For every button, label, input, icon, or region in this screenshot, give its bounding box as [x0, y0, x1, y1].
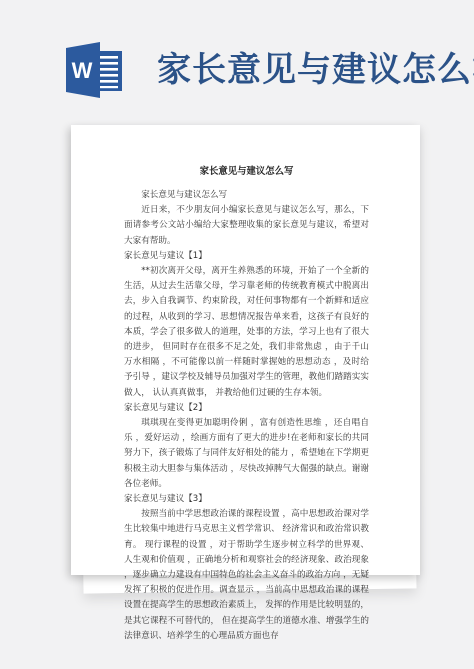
svg-text:W: W: [72, 58, 93, 83]
document-title: 家长意见与建议怎么写: [157, 50, 474, 90]
page-heading: 家长意见与建议怎么写: [124, 165, 369, 179]
section-body-1: **初次离开父母，离开生养熟悉的环境，开始了一个全新的生活，从过去生活靠父母，学…: [124, 264, 369, 401]
section-title-2: 家长意见与建议【2】: [124, 401, 369, 416]
document-body: 家长意见与建议怎么写 家长意见与建议怎么写 近日来，不少朋友问小编家长意见与建议…: [124, 165, 369, 644]
banner: W 家长意见与建议怎么写: [0, 0, 474, 130]
intro-paragraph: 近日来，不少朋友问小编家长意见与建议怎么写，那么，下面请参考公文站小编给大家整理…: [124, 203, 369, 249]
section-title-3: 家长意见与建议【3】: [124, 492, 369, 507]
section-body-2: 琪琪现在变得更加聪明伶俐 ，富有创造性思维 ，还自唱自乐 ，爱好运动 ，绘画方面…: [124, 416, 369, 492]
section-title-1: 家长意见与建议【1】: [124, 249, 369, 264]
section-body-3: 按照当前中学思想政治课的课程设置 ，高中思想政治课对学生比较集中地进行马克思主义…: [124, 507, 369, 644]
word-document-icon: W: [66, 42, 126, 98]
document-page: 家长意见与建议怎么写 家长意见与建议怎么写 近日来，不少朋友问小编家长意见与建议…: [71, 125, 420, 575]
subtitle: 家长意见与建议怎么写: [124, 188, 369, 203]
